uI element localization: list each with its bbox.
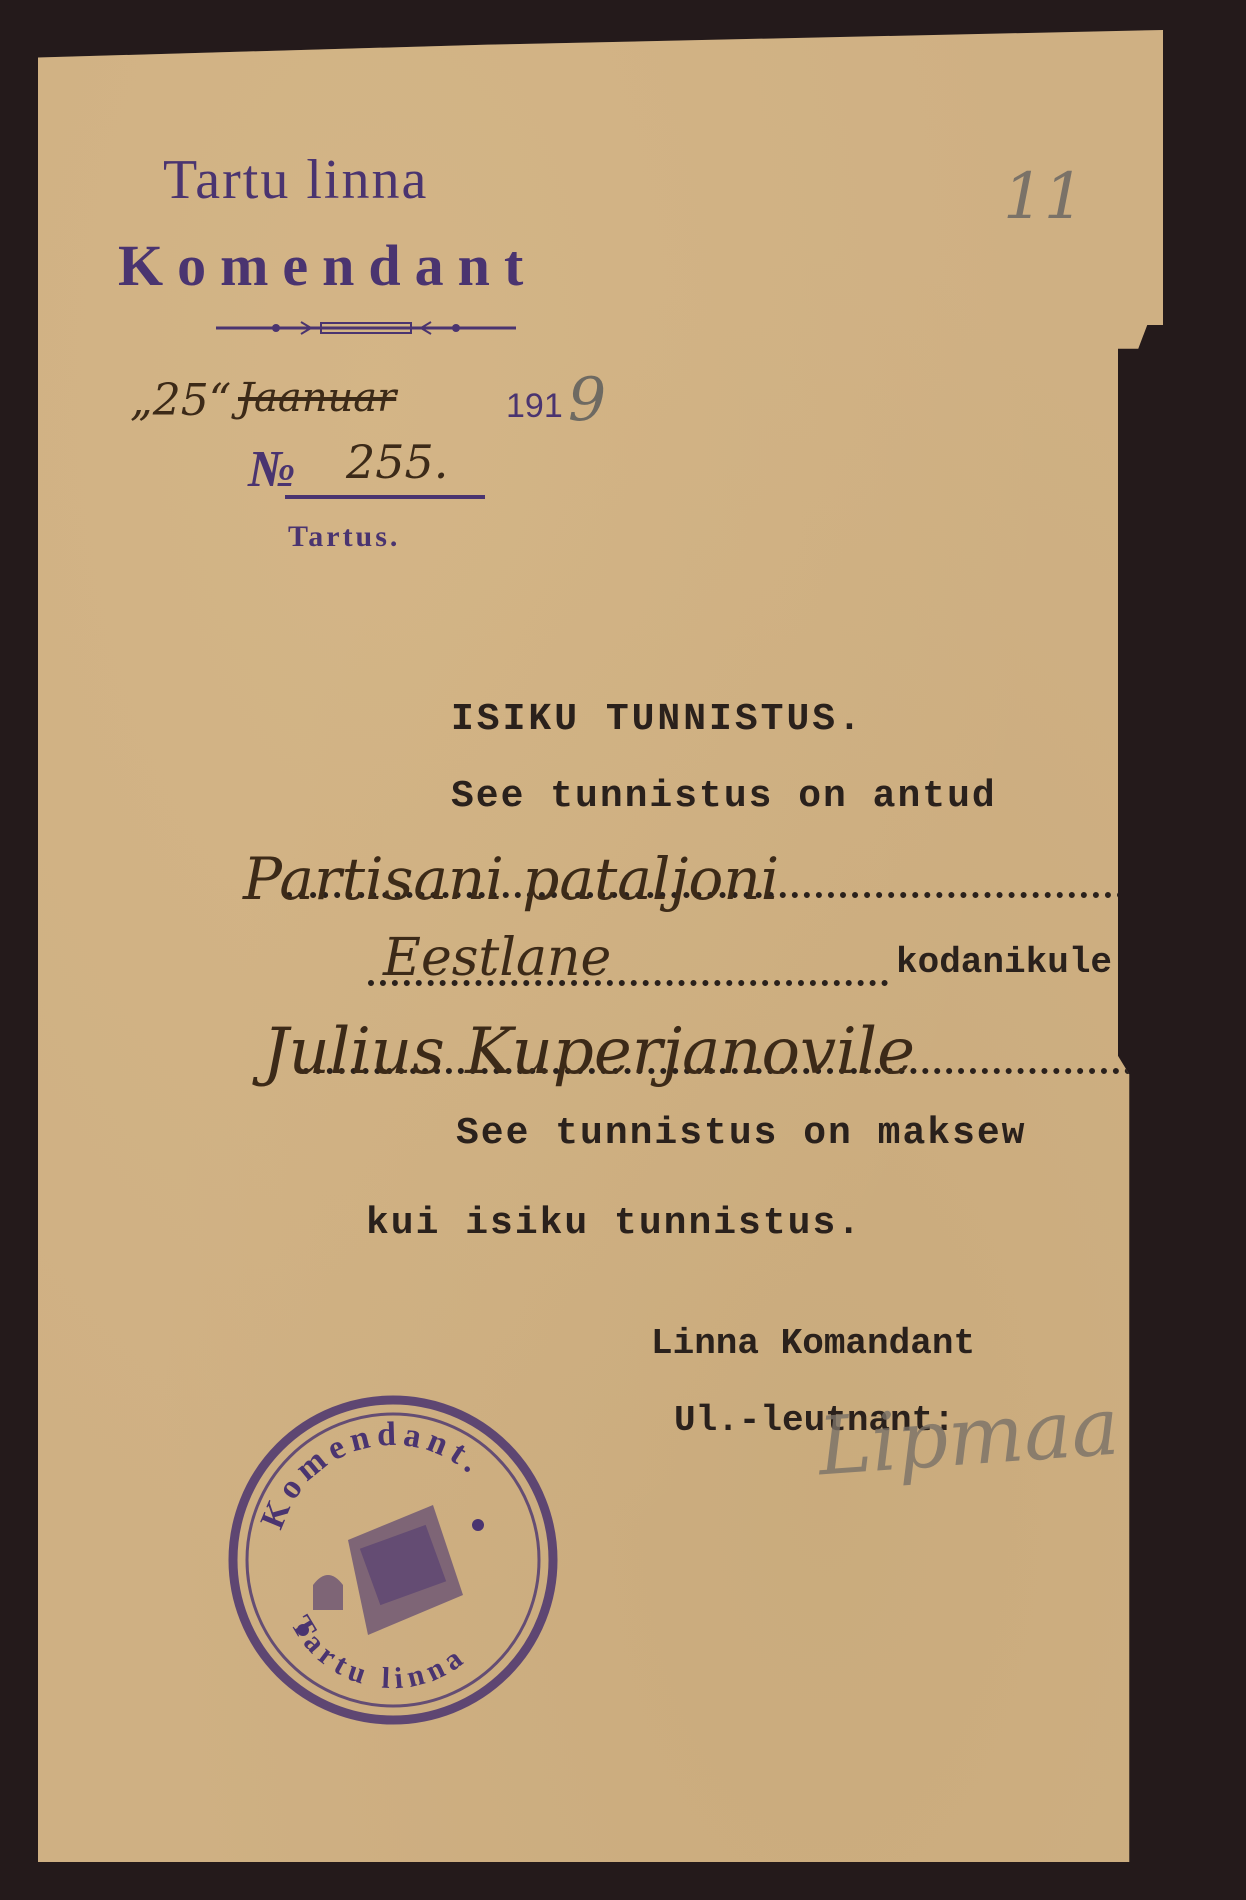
header-city: Tartu linna xyxy=(163,148,428,212)
number-label: № xyxy=(248,440,296,499)
pencil-note: ast xyxy=(1148,1305,1208,1351)
archive-page-number: 11 xyxy=(1003,160,1084,234)
document-paper: Tartu linna Komendant „25“ Jaanuar 191 9… xyxy=(38,30,1163,1862)
number-value: 255. xyxy=(346,435,448,489)
pencil-signature: Lipmaa xyxy=(815,1380,1122,1494)
official-seal-icon: Komendant. Tartu linna xyxy=(218,1385,568,1735)
date-year-printed: 191 xyxy=(506,387,563,426)
body-line-2: See tunnistus on maksew xyxy=(456,1112,1027,1155)
signature-title: Linna Komandant xyxy=(651,1323,975,1364)
date-day: „25“ xyxy=(130,375,231,426)
document-title: ISIKU TUNNISTUS. xyxy=(451,698,864,741)
kodanikule-label: kodanikule xyxy=(896,942,1112,983)
number-underline xyxy=(285,495,485,499)
body-line-3: kui isiku tunnistus. xyxy=(366,1202,862,1245)
handwritten-unit: Partisani pataljoni xyxy=(243,845,779,913)
ornament-divider-icon xyxy=(216,320,516,336)
handwritten-nationality: Eestlane xyxy=(383,928,611,988)
place: Tartus. xyxy=(288,520,400,554)
date-month: Jaanuar xyxy=(238,375,396,421)
handwritten-name: Julius Kuperjanovile xyxy=(263,1015,915,1089)
header-office: Komendant xyxy=(118,232,537,299)
body-line-1: See tunnistus on antud xyxy=(451,775,997,818)
date-year-handwritten: 9 xyxy=(568,365,606,435)
